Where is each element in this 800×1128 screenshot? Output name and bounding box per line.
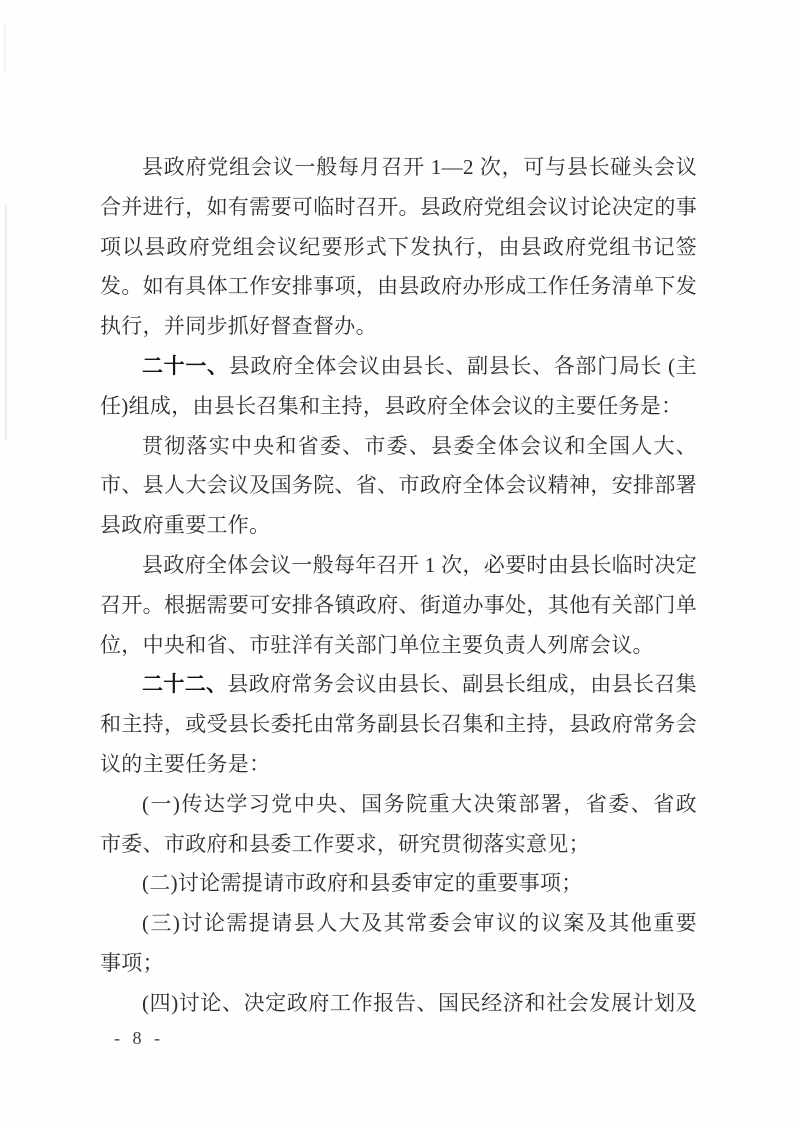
text-line: (四)讨论、决定政府工作报告、国民经济和社会发展计划及 (100, 984, 697, 1024)
line-text: 县政府重要工作。 (100, 513, 270, 537)
line-text: 位，中央和省、市驻洋有关部门单位主要负责人列席会议。 (100, 633, 654, 657)
line-text: 议的主要任务是： (100, 752, 270, 776)
line-text: 和主持，或受县长委托由常务副县长召集和主持，县政府常务会 (100, 712, 697, 736)
line-text: 市委、市政府和县委工作要求，研究贯彻落实意见； (100, 832, 590, 856)
text-line: 位，中央和省、市驻洋有关部门单位主要负责人列席会议。 (100, 626, 697, 666)
line-text: 市、县人大会议及国务院、省、市政府全体会议精神，安排部署 (100, 473, 697, 497)
line-text: (三)讨论需提请县人大及其常委会审议的议案及其他重要 (142, 911, 697, 935)
text-line: 任)组成，由县长召集和主持，县政府全体会议的主要任务是： (100, 387, 697, 427)
text-line: 二十一、县政府全体会议由县长、副县长、各部门局长 (主 (100, 347, 697, 387)
line-text: (二)讨论需提请市政府和县委审定的重要事项； (142, 871, 583, 895)
section-number-label: 二十一、 (142, 355, 229, 378)
scan-artifact (5, 205, 7, 440)
text-line: (二)讨论需提请市政府和县委审定的重要事项； (100, 864, 697, 904)
text-line: 市、县人大会议及国务院、省、市政府全体会议精神，安排部署 (100, 466, 697, 506)
section-number-label: 二十二、 (142, 673, 227, 696)
text-block: 县政府党组会议一般每月召开 1—2 次，可与县长碰头会议合并进行，如有需要可临时… (100, 148, 697, 1024)
scan-artifact (4, 25, 6, 73)
document-page: 县政府党组会议一般每月召开 1—2 次，可与县长碰头会议合并进行，如有需要可临时… (0, 0, 800, 1128)
line-text: 项以县政府党组会议纪要形式下发执行，由县政府党组书记签 (100, 235, 697, 259)
line-text: 县政府全体会议由县长、副县长、各部门局长 (主 (229, 354, 697, 378)
text-line: 事项； (100, 944, 697, 984)
text-line: (一)传达学习党中央、国务院重大决策部署，省委、省政府， (100, 785, 697, 825)
text-line: 县政府重要工作。 (100, 506, 697, 546)
line-text: 执行，并同步抓好督查督办。 (100, 314, 377, 338)
text-line: 县政府全体会议一般每年召开 1 次，必要时由县长临时决定 (100, 546, 697, 586)
text-line: 议的主要任务是： (100, 745, 697, 785)
line-text: 任)组成，由县长召集和主持，县政府全体会议的主要任务是： (100, 394, 682, 418)
text-line: 召开。根据需要可安排各镇政府、街道办事处，其他有关部门单 (100, 586, 697, 626)
line-text: 事项； (100, 951, 164, 975)
line-text: 县政府党组会议一般每月召开 1—2 次，可与县长碰头会议 (142, 155, 697, 179)
line-text: 县政府全体会议一般每年召开 1 次，必要时由县长临时决定 (142, 553, 697, 577)
text-line: (三)讨论需提请县人大及其常委会审议的议案及其他重要 (100, 904, 697, 944)
line-text: (四)讨论、决定政府工作报告、国民经济和社会发展计划及 (142, 991, 697, 1015)
text-line: 执行，并同步抓好督查督办。 (100, 307, 697, 347)
text-line: 和主持，或受县长委托由常务副县长召集和主持，县政府常务会 (100, 705, 697, 745)
line-text: (一)传达学习党中央、国务院重大决策部署，省委、省政府， (100, 792, 697, 825)
line-text: 合并进行，如有需要可临时召开。县政府党组会议讨论决定的事 (100, 195, 697, 219)
line-text: 发。如有具体工作安排事项，由县政府办形成工作任务清单下发 (100, 274, 697, 298)
text-line: 贯彻落实中央和省委、市委、县委全体会议和全国人大、省、 (100, 427, 697, 467)
text-line: 二十二、县政府常务会议由县长、副县长组成，由县长召集 (100, 665, 697, 705)
line-text: 召开。根据需要可安排各镇政府、街道办事处，其他有关部门单 (100, 593, 697, 617)
text-line: 发。如有具体工作安排事项，由县政府办形成工作任务清单下发 (100, 267, 697, 307)
text-line: 市委、市政府和县委工作要求，研究贯彻落实意见； (100, 825, 697, 865)
line-text: 贯彻落实中央和省委、市委、县委全体会议和全国人大、省、 (100, 434, 697, 467)
text-line: 合并进行，如有需要可临时召开。县政府党组会议讨论决定的事 (100, 188, 697, 228)
line-text: 县政府常务会议由县长、副县长组成，由县长召集 (227, 672, 697, 696)
page-number: - 8 - (114, 1027, 162, 1049)
text-line: 县政府党组会议一般每月召开 1—2 次，可与县长碰头会议 (100, 148, 697, 188)
text-line: 项以县政府党组会议纪要形式下发执行，由县政府党组书记签 (100, 228, 697, 268)
